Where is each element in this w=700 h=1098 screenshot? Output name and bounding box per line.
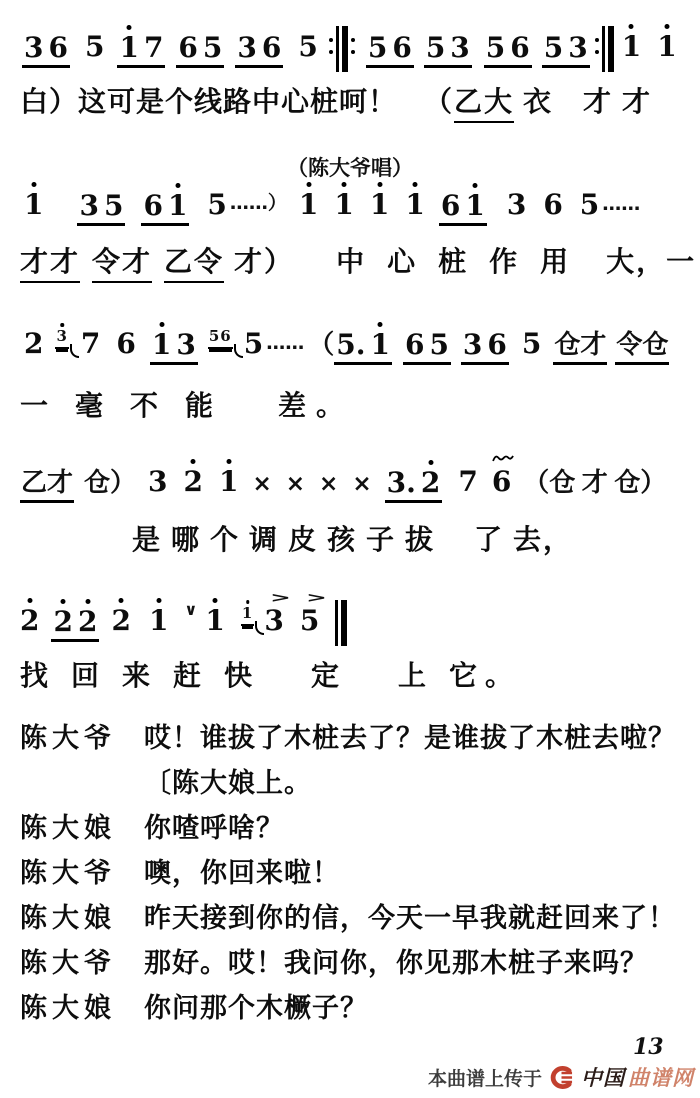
note: 5	[203, 34, 222, 62]
dialogue-row: 陈大娘 你问那个木橛子？	[20, 994, 690, 1022]
note: 2	[53, 608, 72, 636]
note: 6	[116, 330, 135, 365]
speaker-name: 陈大爷	[20, 859, 122, 887]
x-note: ×	[352, 471, 371, 503]
note: 2	[184, 468, 203, 503]
footer: 本曲谱上传于 中国曲谱网	[428, 1062, 694, 1092]
lyrics-line-5: 找 回 来 赶 快 定 上 它。	[20, 654, 521, 694]
note: 5	[486, 34, 505, 62]
grace-underline: 1	[241, 605, 254, 626]
note: 2	[24, 330, 43, 365]
grace-note: 1	[242, 606, 253, 621]
note: 6	[143, 192, 162, 220]
note: 5	[522, 330, 541, 365]
site-logo-icon	[549, 1066, 574, 1089]
note: 1	[370, 331, 389, 359]
grace-hook	[70, 344, 79, 358]
score-page: 36 5 17 65 36 5 56 53 56 53 1 1 白）这可是个线路…	[0, 0, 700, 1098]
note: 6	[48, 34, 67, 62]
stage-direction-text: 〔陈大娘上。	[144, 769, 312, 797]
lyric-text: 找 回 来 赶 快 定 上 它。	[20, 654, 521, 694]
note: 3	[148, 468, 167, 503]
percussion-syllable: 衣 才 才	[523, 80, 652, 120]
lyric-text: 中 心 桩 作 用	[336, 240, 576, 280]
lyrics-line-4: 是 哪 个 调 皮 孩 子 拔 了 去，	[132, 518, 573, 558]
beam-group: 65	[176, 34, 224, 68]
beam-group: 36	[235, 34, 283, 68]
beam-group: 65	[403, 331, 451, 365]
grace-note-group: 3	[55, 328, 78, 349]
note: 5	[104, 192, 123, 220]
dialogue-text: 你喳呼啥？	[144, 814, 284, 842]
dialogue-text: 你问那个木橛子？	[144, 994, 368, 1022]
beam-group: 56	[366, 34, 414, 68]
repeat-dots	[329, 26, 333, 68]
notation-line-1: 36 5 17 65 36 5 56 53 56 53 1 1	[22, 26, 677, 68]
repeat-dots	[595, 26, 599, 68]
breath-mark: ∨	[184, 602, 197, 618]
singer-label: （陈大爷唱）	[0, 152, 700, 182]
note: 5	[207, 191, 226, 226]
grace-hook	[255, 621, 264, 635]
dialogue-row: 〔陈大娘上。	[20, 769, 690, 797]
lyric-text: 是 哪 个 调 皮 孩 子 拔 了 去，	[132, 518, 573, 558]
note: 1	[405, 191, 424, 226]
note: 3	[79, 192, 98, 220]
dialogue-row: 陈大爷 噢，你回来啦！	[20, 859, 690, 887]
repeat-sign-close	[592, 26, 614, 68]
percussion-syllable: 乙大	[454, 80, 514, 123]
continuation-dots: ……）	[230, 188, 287, 226]
notation-line-3: 2 3 7 6 13 56 5 …… （ 5.1 65 36 5 仓才 令仓	[24, 330, 669, 365]
barline	[602, 26, 605, 72]
note: 1	[465, 192, 484, 220]
note: 2	[421, 469, 440, 497]
barline-thick	[342, 26, 348, 72]
beam-group: 36	[461, 331, 509, 365]
note: 6	[178, 34, 197, 62]
note: 1	[24, 191, 43, 226]
note: 1	[149, 607, 168, 642]
beam-group: 56	[484, 34, 532, 68]
note: 2	[20, 607, 39, 642]
note: 5	[85, 33, 104, 68]
note: 3	[24, 34, 43, 62]
note: 1	[219, 468, 238, 503]
note: 1	[152, 331, 171, 359]
percussion-beam-group: 仓才	[553, 330, 607, 365]
beam-group: 5.1	[334, 331, 392, 365]
grace-note-group: 1	[241, 605, 264, 626]
speaker-name: 陈大爷	[20, 724, 122, 752]
barline	[336, 26, 339, 72]
speaker-name: 陈大娘	[20, 994, 122, 1022]
note: 5	[580, 191, 599, 226]
note: 3	[507, 191, 526, 226]
x-note: ×	[286, 471, 305, 503]
note: 5.	[336, 331, 365, 359]
dialogue-text: 昨天接到你的信，今天一早我就赶回来了！	[144, 904, 676, 932]
grace-underline: 3	[55, 328, 68, 349]
beam-group: 22	[51, 608, 99, 642]
continuation-dots: ……	[266, 332, 304, 365]
note: 1	[370, 191, 389, 226]
beam-group: 36	[22, 34, 70, 68]
dialogue-text: 哎！谁拔了木桩去了？是谁拔了木桩去啦？	[144, 724, 676, 752]
dialogue-text: 噢，你回来啦！	[144, 859, 340, 887]
grace-underline: 56	[208, 328, 233, 349]
percussion-note: 仓才	[554, 330, 606, 360]
lyrics-line-1: 白）这可是个线路中心桩呵！	[20, 80, 397, 120]
percussion-syllable: 令才	[92, 240, 152, 283]
note: 5	[429, 331, 448, 359]
speaker-name: 陈大娘	[20, 814, 122, 842]
site-name-primary: 中国	[581, 1062, 625, 1092]
x-note: ×	[319, 471, 338, 503]
note: 5	[298, 33, 317, 68]
note: 3	[176, 331, 195, 359]
notation-line-5: 2 22 2 1 ∨ 1 1 >3 >5	[20, 600, 347, 642]
beam-group: 53	[424, 34, 472, 68]
note: 7	[458, 468, 477, 503]
note: 1	[622, 33, 641, 68]
note: 6	[492, 468, 511, 503]
dialogue-row: 陈大爷 哎！谁拔了木桩去了？是谁拔了木桩去啦？	[20, 724, 690, 752]
note: 6	[392, 34, 411, 62]
final-barline	[335, 600, 347, 642]
note: 1	[334, 191, 353, 226]
note: 3	[450, 34, 469, 62]
dialogue-row: 陈大娘 你喳呼啥？	[20, 814, 690, 842]
note: 1	[657, 33, 676, 68]
lyrics-line-1-percussion: （乙大衣 才 才	[424, 80, 652, 123]
beam-group: 13	[150, 331, 198, 365]
percussion-phrase: （仓 才 仓）	[523, 468, 666, 503]
spoken-text: 白）这可是个线路中心桩呵！	[20, 80, 397, 120]
note: 1	[205, 607, 224, 642]
lyric-text: 大，一	[606, 240, 696, 280]
percussion-note: 仓）	[84, 468, 136, 503]
note: 5	[426, 34, 445, 62]
beam-group: 35	[77, 192, 125, 226]
parenthesis: （	[308, 330, 334, 365]
continuation-dots: ……	[602, 193, 640, 226]
note: 3	[237, 34, 256, 62]
grace-hook	[234, 344, 243, 358]
percussion-syllable: 才才	[20, 240, 80, 283]
note: 5	[244, 330, 263, 365]
x-note: ×	[252, 471, 271, 503]
repeat-sign-open-close	[326, 26, 358, 68]
page-number: 13	[633, 1034, 664, 1060]
barline-thick	[608, 26, 614, 72]
note: 5	[300, 607, 319, 642]
beam-group: 53	[542, 34, 590, 68]
percussion-syllable: 乙令	[164, 240, 224, 283]
note: 6	[262, 34, 281, 62]
grace-note-group: 56	[208, 328, 243, 349]
grace-note: 56	[209, 329, 232, 344]
note: 1	[299, 191, 318, 226]
lyrics-line-3: 一 毫 不 能 差。	[20, 384, 354, 424]
note: 7	[81, 330, 100, 365]
beam-group: 3.2	[385, 469, 443, 503]
note: 3	[463, 331, 482, 359]
site-name-secondary: 曲谱网	[628, 1062, 694, 1092]
notation-line-4: 乙才 仓） 3 2 1 × × × × 3.2 7 6 （仓 才 仓）	[20, 468, 666, 503]
dialogue-row: 陈大娘 昨天接到你的信，今天一早我就赶回来了！	[20, 904, 690, 932]
speaker-name: 陈大娘	[20, 904, 122, 932]
note: 6	[441, 192, 460, 220]
speaker-name: 陈大爷	[20, 949, 122, 977]
percussion-note: 乙才	[21, 468, 73, 498]
note: 3	[568, 34, 587, 62]
note: 3.	[387, 469, 416, 497]
note: 7	[144, 34, 163, 62]
upload-note: 本曲谱上传于	[428, 1064, 542, 1091]
percussion-note: 令仓	[616, 330, 668, 360]
note: 6	[405, 331, 424, 359]
beam-group: 61	[141, 192, 189, 226]
beam-group: 61	[439, 192, 487, 226]
dialogue: 陈大爷 哎！谁拔了木桩去了？是谁拔了木桩去啦？ 〔陈大娘上。 陈大娘 你喳呼啥？…	[20, 724, 690, 1039]
barline	[335, 600, 338, 646]
note-with-trill: 6	[492, 468, 511, 503]
lyric-text: 一 毫 不 能 差。	[20, 384, 354, 424]
note-with-accent: >5	[300, 607, 319, 642]
beam-group: 17	[117, 34, 165, 68]
percussion-beam-group: 乙才	[20, 468, 74, 503]
note: 1	[119, 34, 138, 62]
note: 6	[510, 34, 529, 62]
barline-thick	[341, 600, 347, 646]
note: 2	[78, 608, 97, 636]
note-with-accent: >3	[264, 607, 283, 642]
lyrics-line-2: 才才 令才 乙令 才） 中 心 桩 作 用 大，一 丝	[20, 240, 700, 283]
percussion-syllable: 才）	[234, 240, 294, 280]
percussion-syllable: （	[424, 80, 454, 120]
note: 5	[368, 34, 387, 62]
percussion-beam-group: 令仓	[615, 330, 669, 365]
note: 1	[168, 192, 187, 220]
dialogue-text: 那好。哎！我问你，你见那木桩子来吗？	[144, 949, 648, 977]
repeat-dots	[351, 26, 355, 68]
dialogue-row: 陈大爷 那好。哎！我问你，你见那木桩子来吗？	[20, 949, 690, 977]
grace-note: 3	[56, 329, 67, 344]
note: 2	[111, 607, 130, 642]
note: 6	[543, 191, 562, 226]
notation-line-2: 1 35 61 5 ……） 1 1 1 1 61 3 6 5 ……	[24, 188, 640, 226]
note: 5	[544, 34, 563, 62]
note: 3	[264, 607, 283, 642]
note: 6	[487, 331, 506, 359]
